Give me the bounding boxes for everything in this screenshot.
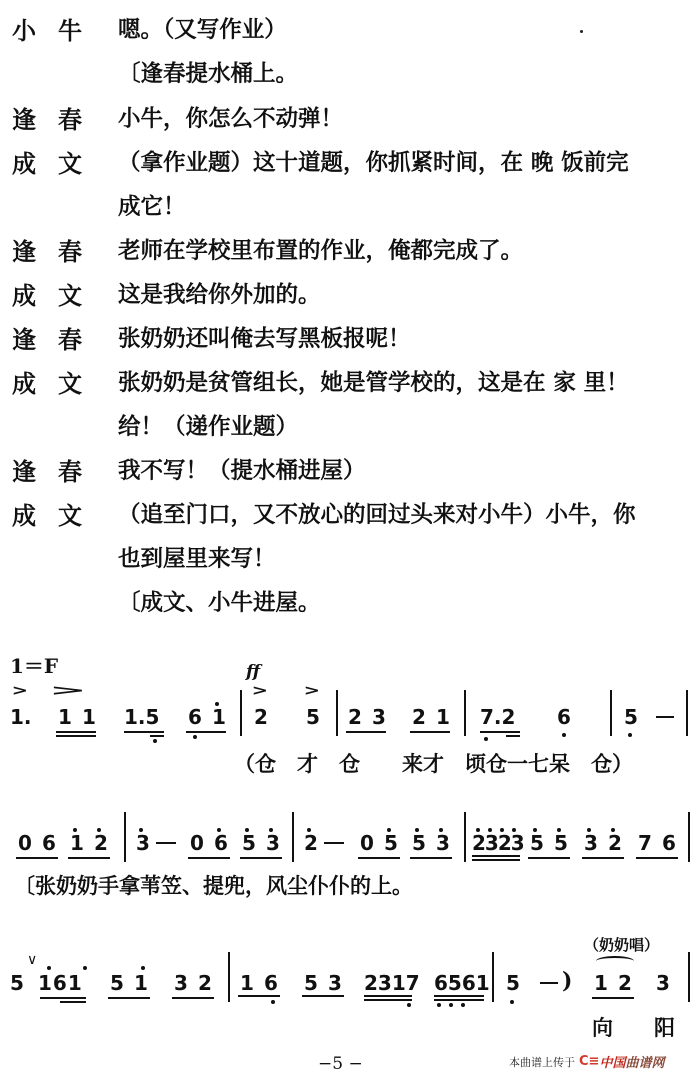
- beam: [434, 999, 484, 1001]
- speaker-name: 成 文: [12, 144, 112, 179]
- stage-direction: 〔张奶奶手拿苇笠、提兜，风尘仆仆的上。: [14, 870, 413, 900]
- note: 2: [304, 832, 318, 854]
- speaker-char: 逢: [12, 100, 36, 135]
- low-octave-dot: [271, 1000, 275, 1004]
- speech-text: 〔成文、小牛进屋。: [118, 585, 321, 617]
- note: 3: [266, 832, 280, 854]
- accent-mark: >: [12, 683, 28, 699]
- high-octave-dot: [47, 966, 51, 970]
- note: 1: [594, 972, 608, 994]
- lyric-char: 阳: [654, 1012, 675, 1042]
- speaker-char: 成: [12, 496, 36, 531]
- beam: [364, 999, 412, 1001]
- note: 2: [254, 706, 268, 728]
- bar-line: [292, 812, 294, 862]
- high-octave-dot: [139, 828, 143, 832]
- speaker-name: 成 文: [12, 496, 112, 531]
- note: 5: [10, 972, 24, 994]
- speaker-char: 成: [12, 144, 36, 179]
- speech-text: 张奶奶还叫俺去写黑板报呢！: [118, 321, 411, 353]
- note: 5: [384, 832, 398, 854]
- bar-line: [610, 690, 612, 736]
- high-octave-dot: [269, 828, 273, 832]
- bar-line: [124, 812, 126, 862]
- note: 5: [306, 706, 320, 728]
- low-octave-dot: [628, 733, 632, 737]
- note: 5: [242, 832, 256, 854]
- note: 2: [94, 832, 108, 854]
- beam: [434, 995, 484, 997]
- note: 2: [618, 972, 632, 994]
- beam: [68, 857, 110, 859]
- high-octave-dot: [533, 828, 537, 832]
- beam: [150, 735, 164, 737]
- slur: [596, 956, 634, 966]
- note: 5: [530, 832, 544, 854]
- note: 1: [134, 972, 148, 994]
- speech-text: （拿作业题）这十道题，你抓紧时间，在 晚 饭前完: [118, 145, 629, 177]
- beam: [56, 735, 96, 737]
- accent-mark: >: [252, 683, 268, 699]
- dynamic-marking: ff: [246, 662, 260, 682]
- beam: [240, 857, 282, 859]
- beam: [472, 855, 520, 857]
- beam: [16, 857, 58, 859]
- site-logo: C≡ 中国 曲谱网: [579, 1052, 664, 1071]
- speaker-name: 逢 春: [12, 320, 112, 355]
- note: 3: [136, 832, 150, 854]
- beam: [56, 731, 96, 733]
- key-signature: 1＝F: [10, 650, 58, 679]
- high-octave-dot: [141, 966, 145, 970]
- note-group: 6561: [434, 972, 490, 994]
- note: 0: [360, 832, 374, 854]
- note: 5: [624, 706, 638, 728]
- beam: [186, 731, 226, 733]
- speaker-char: 逢: [12, 232, 36, 267]
- high-octave-dot: [439, 828, 443, 832]
- speaker-char: 春: [58, 232, 82, 267]
- note: 6: [188, 706, 202, 728]
- high-octave-dot: [415, 828, 419, 832]
- speech-text: 老师在学校里布置的作业，俺都完成了。: [118, 233, 523, 265]
- high-octave-dot: [387, 828, 391, 832]
- speaker-char: 成: [12, 276, 36, 311]
- high-octave-dot: [500, 828, 504, 832]
- bar-line: [688, 812, 690, 862]
- brand-text-red: 中国: [599, 1052, 625, 1071]
- note: 3: [372, 706, 386, 728]
- note: 1: [436, 706, 450, 728]
- speaker-name: 小 牛: [12, 11, 112, 46]
- high-octave-dot: [611, 828, 615, 832]
- speech-text: 小牛，你怎么不动弹！: [118, 101, 343, 133]
- speech-text: 张奶奶是贫管组长，她是管学校的，这是在 家 里！: [118, 365, 629, 397]
- high-octave-dot: [307, 828, 311, 832]
- low-octave-dot: [153, 739, 157, 743]
- beam: [528, 857, 570, 859]
- beam: [188, 857, 230, 859]
- breath-mark: ∨: [27, 952, 37, 968]
- beam: [302, 995, 344, 997]
- high-octave-dot: [476, 828, 480, 832]
- low-octave-dot: [193, 735, 197, 739]
- speaker-char: 文: [58, 364, 82, 399]
- note: 1: [240, 972, 254, 994]
- high-octave-dot: [557, 828, 561, 832]
- beam: [346, 731, 386, 733]
- speaker-name: 成 文: [12, 364, 112, 399]
- note: 5: [110, 972, 124, 994]
- low-octave-dot: [510, 1000, 514, 1004]
- sustain-dash: [324, 842, 344, 844]
- high-octave-dot: [512, 828, 516, 832]
- speech-text: （追至门口，又不放心的回过头来对小牛）小牛，你: [118, 497, 636, 529]
- beam: [108, 997, 150, 999]
- low-octave-dot: [461, 1003, 465, 1007]
- speech-text: 给！（递作业题）: [118, 409, 298, 441]
- speech-text: 也到屋里来写！: [118, 541, 276, 573]
- speaker-name: 逢 春: [12, 100, 112, 135]
- speaker-char: 逢: [12, 320, 36, 355]
- note: 7: [638, 832, 652, 854]
- note: 2: [348, 706, 362, 728]
- bar-line: [228, 952, 230, 1002]
- beam: [358, 857, 400, 859]
- sustain-dash: [656, 716, 674, 718]
- note-group: 161: [38, 972, 83, 994]
- note: 1: [212, 706, 226, 728]
- high-octave-dot: [587, 828, 591, 832]
- sustain-dash: [540, 982, 558, 984]
- lyric-char: 向: [592, 1012, 613, 1042]
- note: 3: [328, 972, 342, 994]
- speech-text: 〔逢春提水桶上。: [118, 56, 298, 88]
- speaker-char: 文: [58, 496, 82, 531]
- speaker-char: 牛: [58, 11, 82, 46]
- note-group: 2323: [472, 832, 524, 854]
- note: 6: [264, 972, 278, 994]
- bar-line: [336, 690, 338, 736]
- note: 2: [198, 972, 212, 994]
- accent-mark: >: [49, 683, 87, 699]
- note-group: 2317: [364, 972, 420, 994]
- beam: [172, 997, 214, 999]
- note: 1: [82, 706, 96, 728]
- note: 3: [174, 972, 188, 994]
- percussion-syllables: （仓 才 仓 来才 顷仓一七呆 仓）: [234, 748, 633, 778]
- note: 3: [656, 972, 670, 994]
- note: 3: [436, 832, 450, 854]
- speaker-char: 小: [12, 11, 36, 46]
- note: 3: [584, 832, 598, 854]
- high-octave-dot: [83, 966, 87, 970]
- beam: [238, 995, 280, 997]
- low-octave-dot: [562, 733, 566, 737]
- high-octave-dot: [215, 702, 219, 706]
- note: 1.: [10, 706, 32, 728]
- speaker-char: 文: [58, 144, 82, 179]
- beam: [60, 1001, 86, 1003]
- low-octave-dot: [407, 1003, 411, 1007]
- beam: [472, 859, 520, 861]
- note: 0: [190, 832, 204, 854]
- note: 5: [412, 832, 426, 854]
- beam: [636, 857, 678, 859]
- note: 1: [58, 706, 72, 728]
- note: 6: [557, 706, 571, 728]
- speaker-name: 逢 春: [12, 232, 112, 267]
- logo-icon: C≡: [579, 1054, 599, 1069]
- note: 1.5: [124, 706, 159, 728]
- beam: [364, 995, 412, 997]
- note: 5: [506, 972, 520, 994]
- scan-speck: [580, 30, 583, 33]
- beam: [410, 731, 450, 733]
- beam: [40, 997, 86, 999]
- speaker-char: 逢: [12, 452, 36, 487]
- note: 0: [18, 832, 32, 854]
- speaker-name: 成 文: [12, 276, 112, 311]
- note: 2: [412, 706, 426, 728]
- watermark: 本曲谱上传于 C≡ 中国 曲谱网: [509, 1052, 664, 1071]
- speech-text: 成它！: [118, 189, 186, 221]
- page-number: −5 −: [318, 1054, 363, 1074]
- beam: [582, 857, 624, 859]
- high-octave-dot: [217, 828, 221, 832]
- accent-mark: >: [304, 683, 320, 699]
- note: 5: [304, 972, 318, 994]
- beam: [124, 731, 164, 733]
- speaker-char: 春: [58, 320, 82, 355]
- note: 2: [608, 832, 622, 854]
- high-octave-dot: [97, 828, 101, 832]
- note: 5: [554, 832, 568, 854]
- speaker-name: 逢 春: [12, 452, 112, 487]
- low-octave-dot: [437, 1003, 441, 1007]
- high-octave-dot: [245, 828, 249, 832]
- note: 6: [214, 832, 228, 854]
- speaker-char: 文: [58, 276, 82, 311]
- speech-text: 嗯。（又写作业）: [118, 12, 287, 44]
- watermark-text: 本曲谱上传于: [509, 1054, 575, 1070]
- beam: [480, 731, 520, 733]
- bar-line: [686, 690, 688, 736]
- note: 6: [662, 832, 676, 854]
- low-octave-dot: [484, 737, 488, 741]
- note: 7.2: [480, 706, 515, 728]
- bar-line: [464, 812, 466, 862]
- beam: [592, 997, 634, 999]
- bar-line: [492, 952, 494, 1002]
- note: 1: [70, 832, 84, 854]
- speaker-char: 成: [12, 364, 36, 399]
- brand-text-brown: 曲谱网: [625, 1052, 664, 1071]
- high-octave-dot: [73, 828, 77, 832]
- speech-text: 这是我给你外加的。: [118, 277, 321, 309]
- note: 6: [42, 832, 56, 854]
- speaker-char: 春: [58, 100, 82, 135]
- sustain-dash: [156, 842, 176, 844]
- speech-text: 我不写！（提水桶进屋）: [118, 453, 366, 485]
- high-octave-dot: [488, 828, 492, 832]
- singer-label: （奶奶唱）: [584, 934, 659, 955]
- bar-line: [688, 952, 690, 1002]
- beam: [506, 735, 520, 737]
- beam: [410, 857, 452, 859]
- speaker-char: 春: [58, 452, 82, 487]
- bar-line: [240, 690, 242, 736]
- low-octave-dot: [449, 1003, 453, 1007]
- bar-line: [464, 690, 466, 736]
- closing-paren: ): [562, 968, 572, 994]
